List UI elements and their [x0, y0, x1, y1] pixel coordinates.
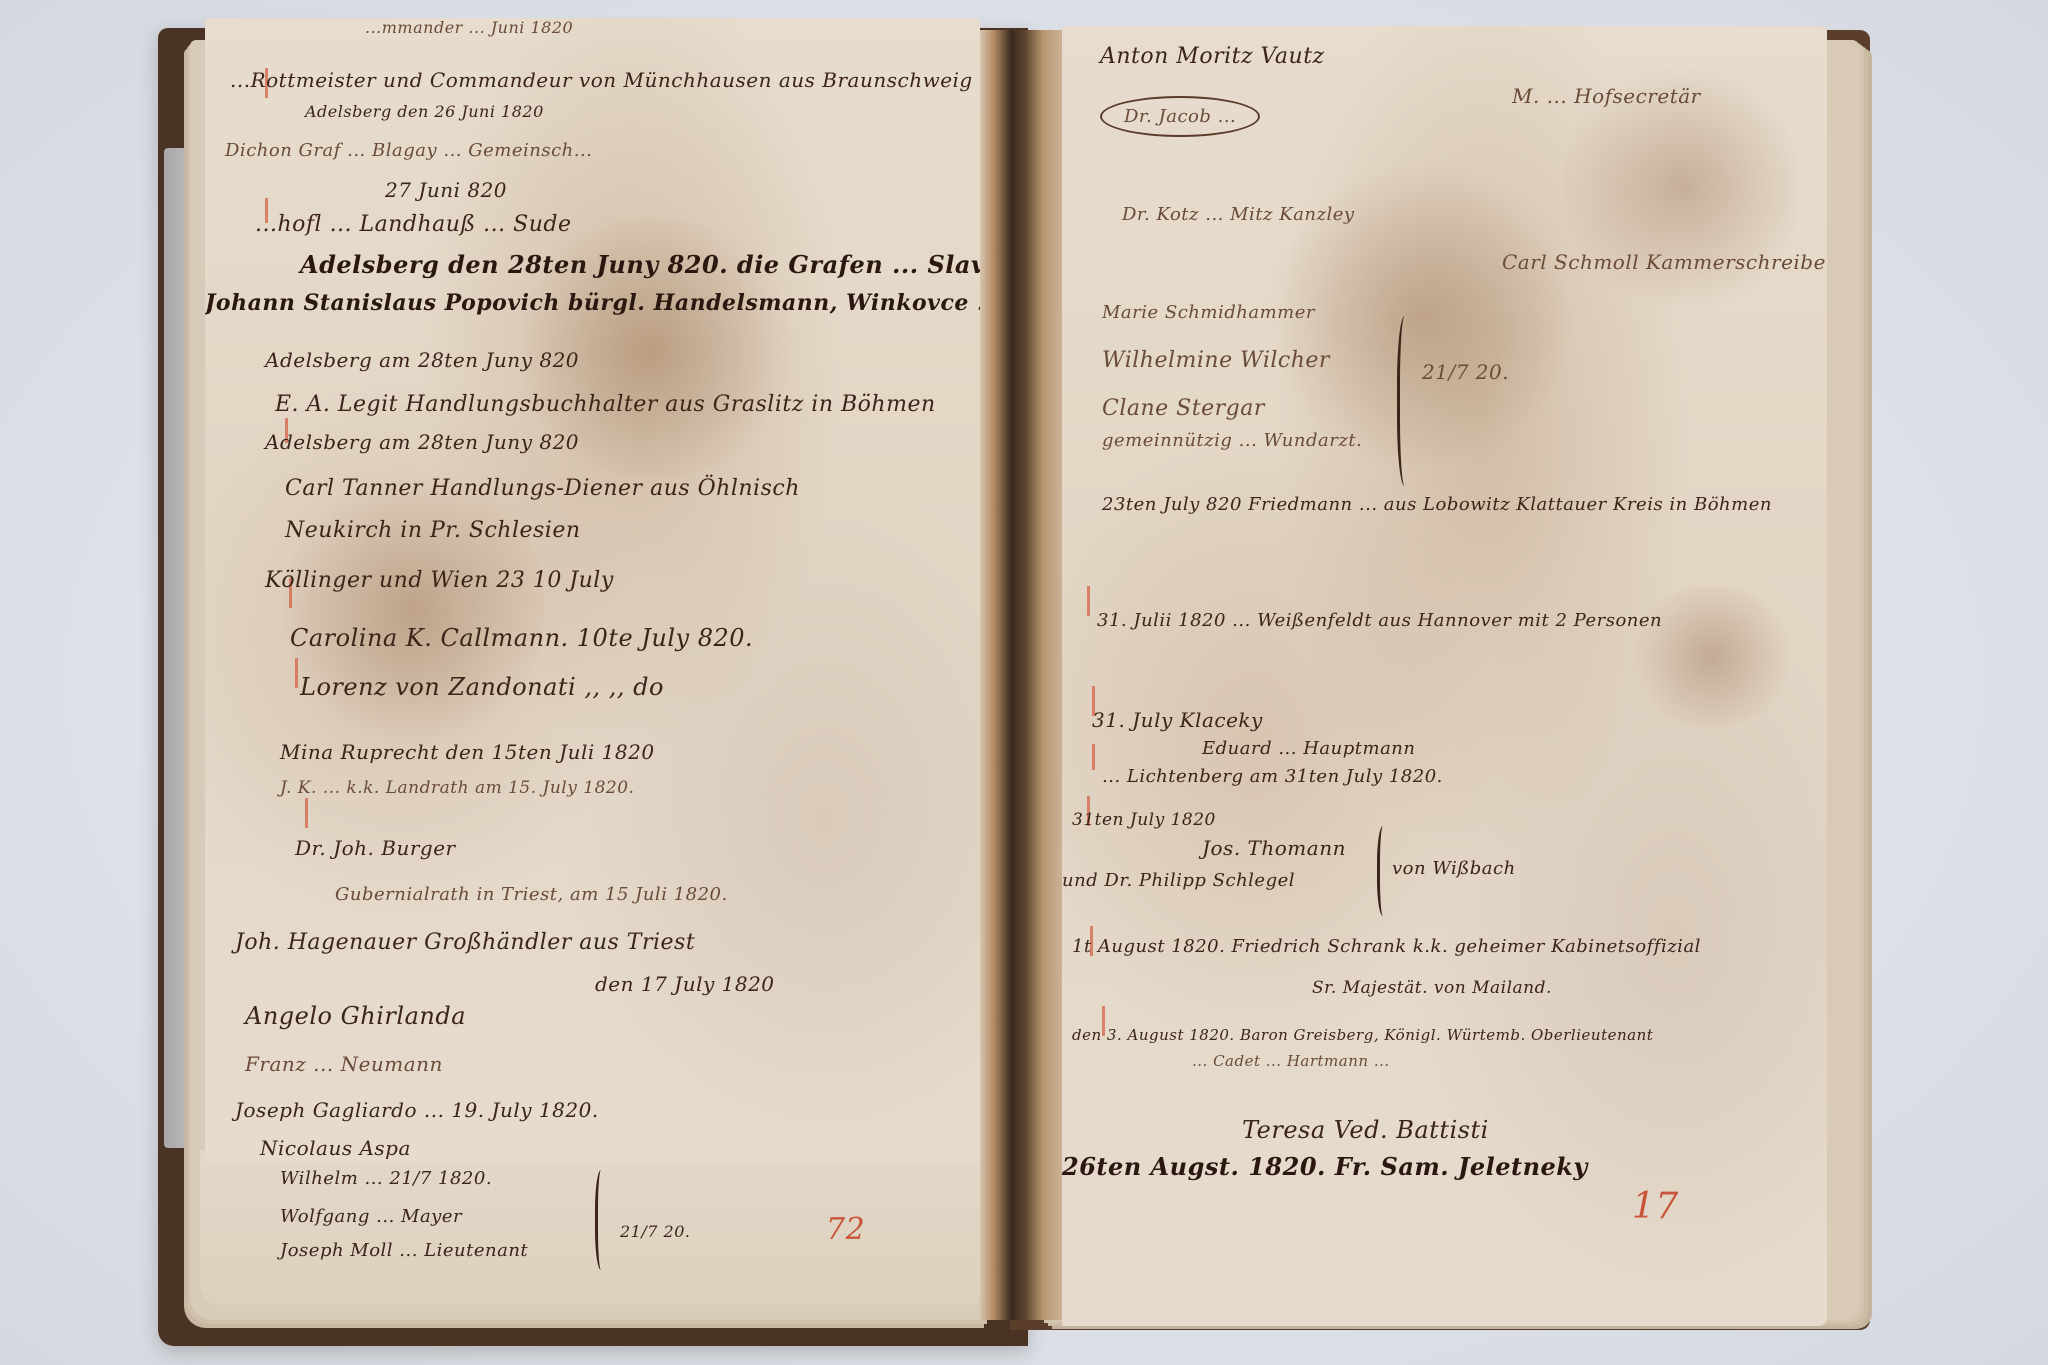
entry-line: 27 Juni 820: [385, 178, 507, 202]
left-page: ...mmander ... Juni 1820 ...Rottmeister …: [205, 18, 980, 1163]
page-number-left: 72: [826, 1212, 865, 1247]
entry-line: 21/7 20.: [620, 1222, 690, 1241]
entry-line: Carolina K. Callmann. 10te July 820.: [290, 624, 753, 652]
page-number-right: 17: [1632, 1186, 1679, 1227]
entry-line: gemeinnützig ... Wundarzt.: [1102, 430, 1362, 451]
entry-line: Johann Stanislaus Popovich bürgl. Handel…: [205, 290, 980, 316]
entry-line: Köllinger und Wien 23 10 July: [265, 568, 614, 593]
entry-line: ... Lichtenberg am 31ten July 1820.: [1102, 766, 1443, 787]
red-pencil-mark: [1092, 744, 1095, 770]
entry-line: ... Cadet ... Hartmann ...: [1192, 1052, 1390, 1070]
entry-line: Clane Stergar: [1102, 396, 1265, 421]
entry-line: Teresa Ved. Battisti: [1242, 1116, 1489, 1144]
entry-line: Anton Moritz Vautz: [1100, 44, 1325, 69]
entry-line: Adelsberg am 28ten Juny 820: [265, 430, 579, 454]
right-page: Anton Moritz Vautz Dr. Jacob ... M. ... …: [1062, 26, 1827, 1326]
entry-line: Franz ... Neumann: [245, 1052, 443, 1076]
water-stain: [285, 458, 545, 758]
entry-line: Eduard ... Hauptmann: [1202, 738, 1415, 759]
entry-line: Jos. Thomann: [1202, 836, 1346, 860]
entry-line: 31ten July 1820: [1072, 810, 1216, 830]
entry-line: ...Rottmeister und Commandeur von Münchh…: [230, 68, 973, 92]
entry-line: Neukirch in Pr. Schlesien: [285, 518, 581, 543]
entry-line: Sr. Majestät. von Mailand.: [1312, 978, 1552, 998]
entry-line: Wilhelm ... 21/7 1820.: [280, 1168, 492, 1189]
bracket-mark: [595, 1170, 610, 1270]
entry-line: und Dr. Philipp Schlegel: [1062, 870, 1295, 891]
entry-line: J. K. ... k.k. Landrath am 15. July 1820…: [280, 778, 634, 798]
entry-line: 21/7 20.: [1422, 360, 1509, 384]
entry-line: Dr. Kotz ... Mitz Kanzley: [1122, 204, 1355, 225]
entry-line: Angelo Ghirlanda: [245, 1002, 466, 1030]
entry-line: Joseph Gagliardo ... 19. July 1820.: [235, 1098, 599, 1122]
entry-line: Mina Ruprecht den 15ten Juli 1820: [280, 740, 655, 764]
entry-line: Wilhelmine Wilcher: [1102, 348, 1330, 373]
entry-line: Wolfgang ... Mayer: [280, 1206, 462, 1227]
entry-line: Dr. Jacob ...: [1100, 96, 1260, 137]
bracket-mark: [1377, 826, 1392, 916]
bracket-mark: [1397, 316, 1416, 486]
entry-line: Nicolaus Aspa: [260, 1136, 411, 1160]
red-pencil-mark: [305, 798, 308, 828]
entry-line: ...hofl ... Landhauß ... Sude: [255, 212, 571, 237]
entry-line: Joh. Hagenauer Großhändler aus Triest: [235, 930, 695, 955]
entry-line: Gubernialrath in Triest, am 15 Juli 1820…: [335, 884, 728, 905]
entry-line: den 17 July 1820: [595, 972, 775, 996]
entry-line: von Wißbach: [1392, 858, 1516, 879]
entry-line: 31. Julii 1820 ... Weißenfeldt aus Hanno…: [1097, 610, 1662, 631]
entry-line: 26ten Augst. 1820. Fr. Sam. Jeletneky: [1062, 1152, 1588, 1181]
open-ledger-book: ...mmander ... Juni 1820 ...Rottmeister …: [0, 0, 2048, 1365]
red-pencil-mark: [1087, 586, 1090, 616]
entry-line: Carl Schmoll Kammerschreiber: [1502, 250, 1827, 274]
entry-line: E. A. Legit Handlungsbuchhalter aus Gras…: [275, 392, 936, 417]
entry-line: den 3. August 1820. Baron Greisberg, Kön…: [1072, 1026, 1653, 1044]
water-stain: [1622, 586, 1802, 726]
entry-line: Lorenz von Zandonati ,, ,, do: [300, 673, 664, 701]
entry-line: ...mmander ... Juni 1820: [365, 18, 573, 37]
entry-line: Adelsberg den 28ten Juny 820. die Grafen…: [300, 250, 980, 279]
entry-line: M. ... Hofsecretär: [1512, 84, 1701, 108]
entry-line: Adelsberg am 28ten Juny 820: [265, 348, 579, 372]
entry-line: Marie Schmidhammer: [1102, 302, 1315, 323]
entry-line: 31. July Klaceky: [1092, 708, 1263, 732]
entry-line: Carl Tanner Handlungs-Diener aus Öhlnisc…: [285, 476, 800, 501]
entry-line: Joseph Moll ... Lieutenant: [280, 1240, 528, 1261]
entry-line: Adelsberg den 26 Juni 1820: [305, 102, 544, 121]
entry-line: 23ten July 820 Friedmann ... aus Lobowit…: [1102, 494, 1772, 515]
entry-line: Dr. Joh. Burger: [295, 836, 456, 860]
entry-line: Dichon Graf ... Blagay ... Gemeinsch...: [225, 140, 592, 161]
entry-line: 1t August 1820. Friedrich Schrank k.k. g…: [1072, 936, 1701, 957]
book-spine: [980, 30, 1070, 1320]
red-pencil-mark: [295, 658, 298, 688]
